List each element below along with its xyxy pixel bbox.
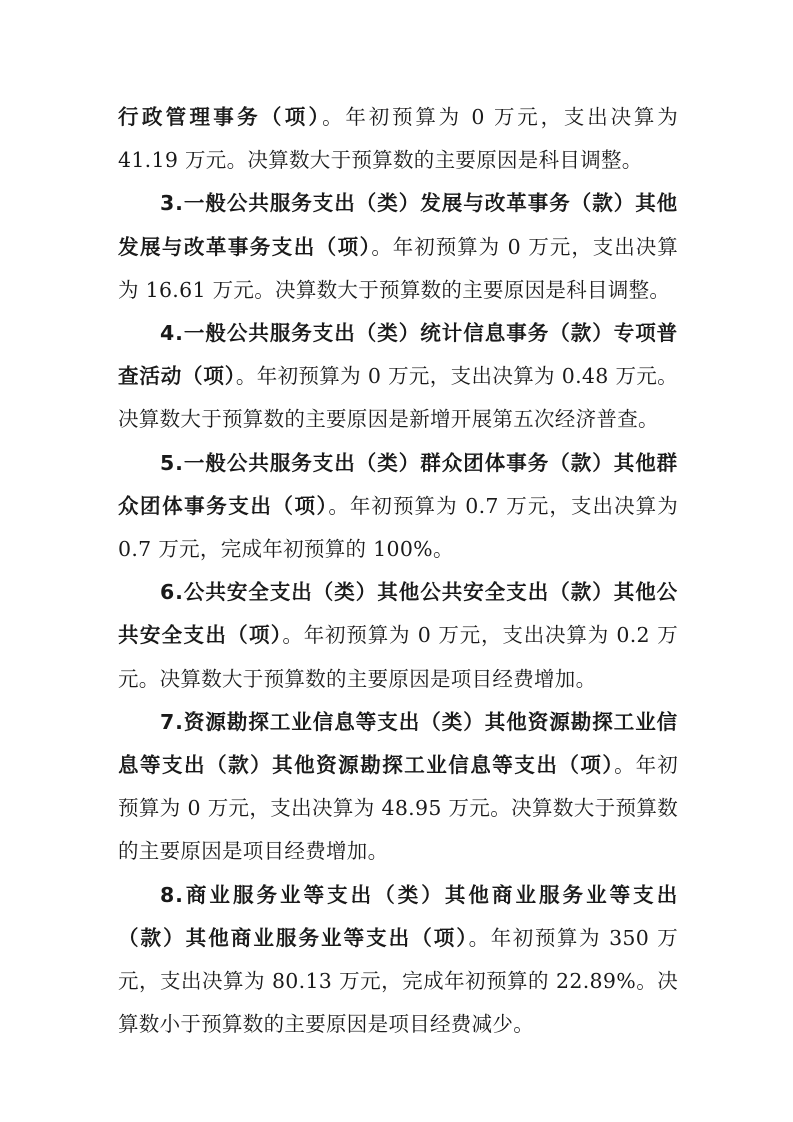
paragraph-item-4: 4.一般公共服务支出（类）统计信息事务（款）专项普查活动（项）。年初预算为 0 … [118, 312, 678, 442]
paragraph-item-3: 3.一般公共服务支出（类）发展与改革事务（款）其他发展与改革事务支出（项）。年初… [118, 182, 678, 312]
paragraph-item-8: 8.商业服务业等支出（类）其他商业服务业等支出（款）其他商业服务业等支出（项）。… [118, 874, 678, 1047]
paragraph-administrative-affairs: 行政管理事务（项）。年初预算为 0 万元，支出决算为 41.19 万元。决算数大… [118, 96, 678, 182]
paragraph-item-6: 6.公共安全支出（类）其他公共安全支出（款）其他公共安全支出（项）。年初预算为 … [118, 571, 678, 701]
paragraph-item-7: 7.资源勘探工业信息等支出（类）其他资源勘探工业信息等支出（款）其他资源勘探工业… [118, 701, 678, 874]
paragraph-item-5: 5.一般公共服务支出（类）群众团体事务（款）其他群众团体事务支出（项）。年初预算… [118, 442, 678, 572]
document-page: 行政管理事务（项）。年初预算为 0 万元，支出决算为 41.19 万元。决算数大… [118, 96, 678, 1046]
paragraph-heading: 7.资源勘探工业信息等支出（类）其他资源勘探工业信息等支出（款）其他资源勘探工业… [118, 710, 678, 777]
paragraph-heading: 行政管理事务（项） [118, 105, 322, 129]
